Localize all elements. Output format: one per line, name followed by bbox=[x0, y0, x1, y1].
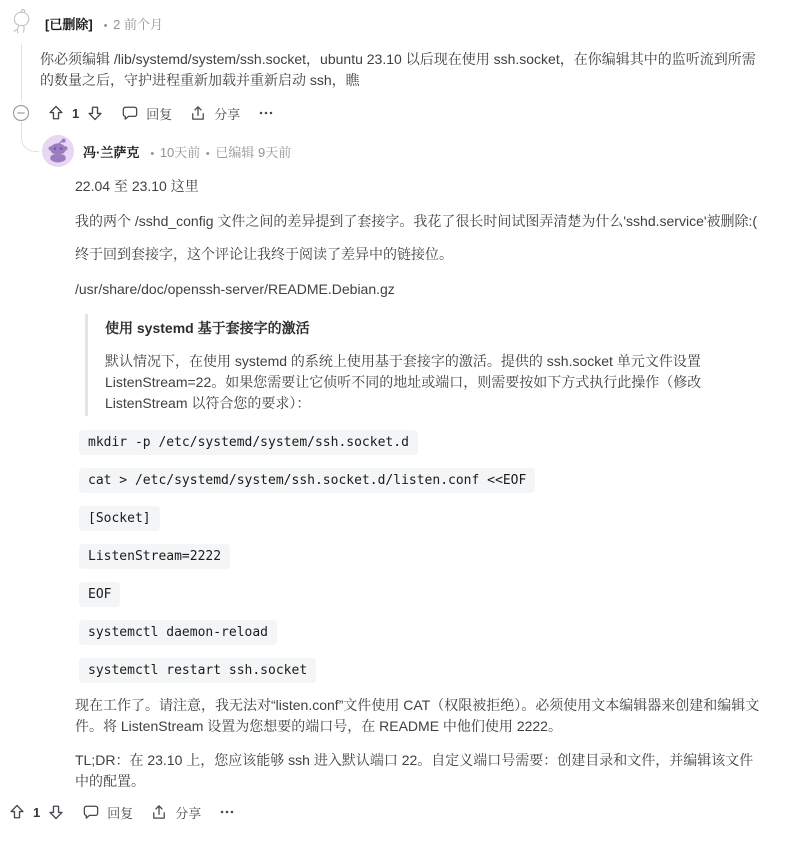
code-text[interactable]: [Socket] bbox=[79, 506, 160, 531]
author-label[interactable]: 冯·兰萨克 bbox=[83, 142, 139, 161]
code-line: mkdir -p /etc/systemd/system/ssh.socket.… bbox=[79, 430, 767, 455]
code-text[interactable]: mkdir -p /etc/systemd/system/ssh.socket.… bbox=[79, 430, 418, 455]
reply-bubble-icon bbox=[82, 803, 100, 821]
ellipsis-icon bbox=[257, 104, 275, 122]
user-avatar[interactable] bbox=[42, 135, 74, 167]
reply-label: 回复 bbox=[107, 803, 133, 822]
comment-header: 冯·兰萨克 • 10天前 • 已编辑 9天前 bbox=[0, 135, 793, 167]
more-options-button[interactable] bbox=[257, 104, 275, 122]
downvote-button[interactable] bbox=[47, 803, 65, 821]
code-text[interactable]: systemctl daemon-reload bbox=[79, 620, 277, 645]
code-text[interactable]: ListenStream=2222 bbox=[79, 544, 230, 569]
reply-bubble-icon bbox=[121, 104, 139, 122]
collapse-thread-button[interactable] bbox=[12, 104, 30, 122]
readme-quote-block: 使用 systemd 基于套接字的激活 默认情况下，在使用 systemd 的系… bbox=[85, 314, 767, 416]
comment-timestamp: • 10天前 • 已编辑 9天前 bbox=[148, 142, 291, 161]
downvote-button[interactable] bbox=[86, 104, 104, 122]
upvote-button[interactable] bbox=[47, 104, 65, 122]
share-label: 分享 bbox=[214, 104, 240, 123]
code-line: systemctl daemon-reload bbox=[79, 620, 767, 645]
upvote-arrow-icon bbox=[47, 104, 65, 122]
downvote-arrow-icon bbox=[86, 104, 104, 122]
reply-button[interactable]: 回复 bbox=[82, 803, 133, 822]
share-icon bbox=[189, 104, 207, 122]
vote-group: 1 bbox=[47, 104, 104, 122]
code-line: ListenStream=2222 bbox=[79, 544, 767, 569]
vote-count: 1 bbox=[31, 805, 42, 820]
share-button[interactable]: 分享 bbox=[189, 104, 240, 123]
deleted-snoo-sketch-icon bbox=[6, 8, 36, 38]
file-path-text: /usr/share/doc/openssh-server/README.Deb… bbox=[75, 279, 767, 300]
reply-button[interactable]: 回复 bbox=[121, 104, 172, 123]
code-line: systemctl restart ssh.socket bbox=[79, 658, 767, 683]
quote-title: 使用 systemd 基于套接字的激活 bbox=[105, 318, 767, 339]
code-text[interactable]: systemctl restart ssh.socket bbox=[79, 658, 316, 683]
minus-circle-icon bbox=[12, 104, 30, 122]
comment-action-bar: 1 回复 bbox=[0, 800, 793, 824]
quote-body: 默认情况下，在使用 systemd 的系统上使用基于套接字的激活。提供的 ssh… bbox=[105, 351, 717, 414]
comment-header: [已删除] • 2 前个月 bbox=[0, 8, 793, 38]
comment-timestamp: • 2 前个月 bbox=[102, 14, 163, 33]
snoo-avatar-icon bbox=[42, 135, 74, 167]
share-label: 分享 bbox=[175, 803, 201, 822]
code-line: EOF bbox=[79, 582, 767, 607]
code-text[interactable]: cat > /etc/systemd/system/ssh.socket.d/l… bbox=[79, 468, 535, 493]
share-icon bbox=[150, 803, 168, 821]
vote-group: 1 bbox=[8, 803, 65, 821]
paragraph: 现在工作了。请注意，我无法对“listen.conf”文件使用 CAT（权限被拒… bbox=[75, 695, 767, 737]
paragraph: 终于回到套接字，这个评论让我终于阅读了差异中的链接位。 bbox=[75, 244, 767, 265]
deleted-user-avatar[interactable] bbox=[6, 8, 36, 38]
ellipsis-icon bbox=[218, 803, 236, 821]
downvote-arrow-icon bbox=[47, 803, 65, 821]
paragraph: 我的两个 /sshd_config 文件之间的差异提到了套接字。我花了很长时间试… bbox=[75, 211, 767, 232]
code-line: [Socket] bbox=[79, 506, 767, 531]
comment-body: 22.04 至 23.10 这里 我的两个 /sshd_config 文件之间的… bbox=[75, 176, 767, 792]
code-block-list: mkdir -p /etc/systemd/system/ssh.socket.… bbox=[79, 430, 767, 683]
comment-action-bar: 1 回复 bbox=[0, 100, 793, 126]
deleted-author-label: [已删除] bbox=[45, 14, 93, 33]
more-options-button[interactable] bbox=[218, 803, 236, 821]
comment-thread: [已删除] • 2 前个月 你必须编辑 /lib/systemd/system/… bbox=[0, 0, 793, 849]
code-text[interactable]: EOF bbox=[79, 582, 120, 607]
share-button[interactable]: 分享 bbox=[150, 803, 201, 822]
paragraph: 22.04 至 23.10 这里 bbox=[75, 176, 767, 197]
reply-label: 回复 bbox=[146, 104, 172, 123]
upvote-arrow-icon bbox=[8, 803, 26, 821]
code-line: cat > /etc/systemd/system/ssh.socket.d/l… bbox=[79, 468, 767, 493]
comment-body-text: 你必须编辑 /lib/systemd/system/ssh.socket，ubu… bbox=[40, 49, 764, 91]
comment-reply: 冯·兰萨克 • 10天前 • 已编辑 9天前 22.04 至 23.10 这里 … bbox=[0, 135, 793, 824]
upvote-button[interactable] bbox=[8, 803, 26, 821]
tldr-paragraph: TL;DR：在 23.10 上，您应该能够 ssh 进入默认端口 22。自定义端… bbox=[75, 750, 767, 792]
edited-label: 已编辑 9天前 bbox=[215, 145, 291, 160]
comment-deleted: [已删除] • 2 前个月 你必须编辑 /lib/systemd/system/… bbox=[0, 0, 793, 126]
thread-line bbox=[21, 44, 22, 101]
vote-count: 1 bbox=[70, 106, 81, 121]
